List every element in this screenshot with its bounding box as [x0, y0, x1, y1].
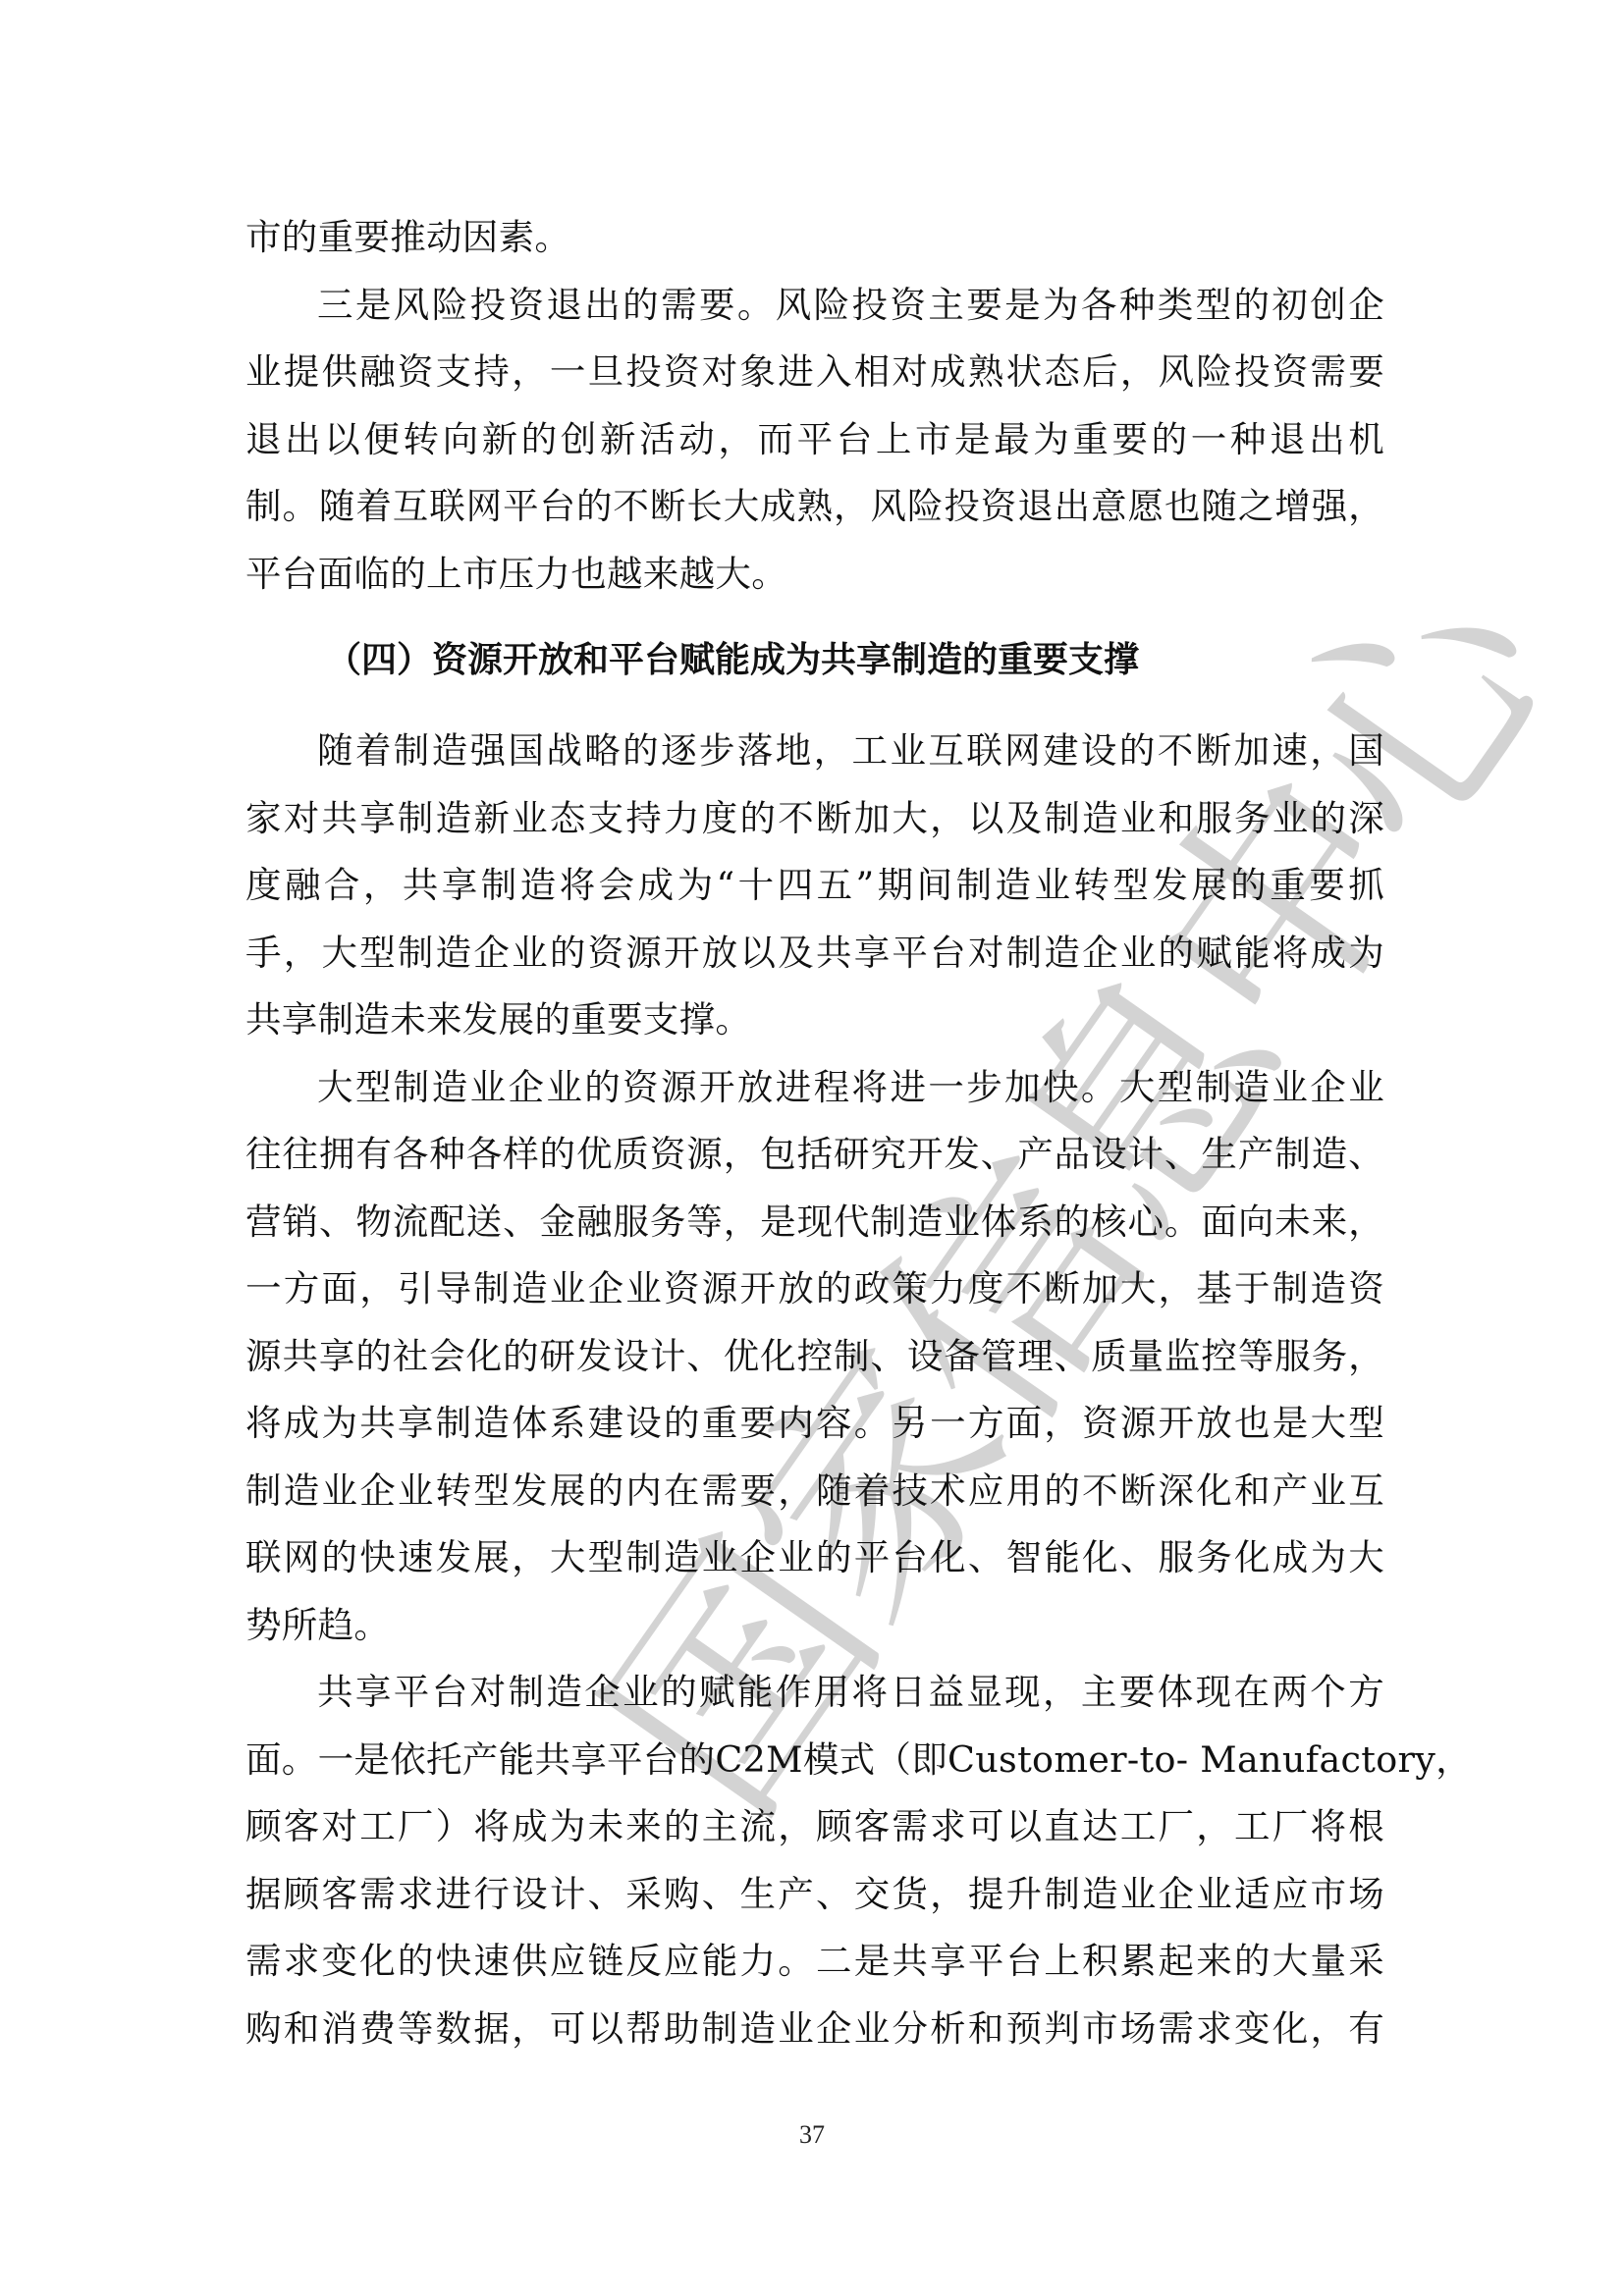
text-line: 顾客对工厂）将成为未来的主流，顾客需求可以直达工厂，工厂将根: [245, 1793, 1384, 1861]
text-line: 共享制造未来发展的重要支撑。: [245, 987, 1384, 1054]
text-line: 三是风险投资退出的需要。风险投资主要是为各种类型的初创企: [245, 272, 1384, 340]
text-line: 市的重要推动因素。: [245, 204, 1384, 272]
paragraph-continuation: 市的重要推动因素。: [245, 204, 1384, 272]
text-line: 源共享的社会化的研发设计、优化控制、设备管理、质量监控等服务，: [245, 1323, 1384, 1391]
text-line: 一方面，引导制造业企业资源开放的政策力度不断加大，基于制造资: [245, 1255, 1384, 1323]
text-line: 往往拥有各种各样的优质资源，包括研究开发、产品设计、生产制造、: [245, 1121, 1384, 1189]
text-line: 共享平台对制造企业的赋能作用将日益显现，主要体现在两个方: [245, 1659, 1384, 1727]
paragraph-platform-empowerment: 共享平台对制造企业的赋能作用将日益显现，主要体现在两个方 面。一是依托产能共享平…: [245, 1659, 1384, 2062]
text-line: 随着制造强国战略的逐步落地，工业互联网建设的不断加速，国: [245, 718, 1384, 785]
text-line: 平台面临的上市压力也越来越大。: [245, 541, 1384, 609]
text-line: 退出以便转向新的创新活动，而平台上市是最为重要的一种退出机: [245, 406, 1384, 474]
paragraph-risk-investment-exit: 三是风险投资退出的需要。风险投资主要是为各种类型的初创企 业提供融资支持，一旦投…: [245, 272, 1384, 609]
text-line: 购和消费等数据，可以帮助制造业企业分析和预判市场需求变化，有: [245, 1996, 1384, 2063]
section-heading: （四）资源开放和平台赋能成为共享制造的重要支撑: [245, 627, 1384, 694]
page-number: 37: [0, 2120, 1624, 2150]
text-line: 需求变化的快速供应链反应能力。二是共享平台上积累起来的大量采: [245, 1928, 1384, 1996]
text-line: 业提供融资支持，一旦投资对象进入相对成熟状态后，风险投资需要: [245, 339, 1384, 406]
text-line: 将成为共享制造体系建设的重要内容。另一方面，资源开放也是大型: [245, 1390, 1384, 1458]
page-content: 市的重要推动因素。 三是风险投资退出的需要。风险投资主要是为各种类型的初创企 业…: [245, 204, 1384, 2062]
text-line: 度融合，共享制造将会成为“十四五”期间制造业转型发展的重要抓: [245, 852, 1384, 920]
text-line: 势所趋。: [245, 1592, 1384, 1660]
paragraph-shared-manufacturing-support: 随着制造强国战略的逐步落地，工业互联网建设的不断加速，国 家对共享制造新业态支持…: [245, 718, 1384, 1054]
text-line: 营销、物流配送、金融服务等，是现代制造业体系的核心。面向未来，: [245, 1189, 1384, 1256]
text-line: 大型制造业企业的资源开放进程将进一步加快。大型制造业企业: [245, 1054, 1384, 1122]
document-page: 国家信息中心 市的重要推动因素。 三是风险投资退出的需要。风险投资主要是为各种类…: [0, 0, 1624, 2296]
text-line: 家对共享制造新业态支持力度的不断加大，以及制造业和服务业的深: [245, 785, 1384, 853]
text-line: 据顾客需求进行设计、采购、生产、交货，提升制造业企业适应市场: [245, 1861, 1384, 1929]
text-line: 面。一是依托产能共享平台的C2M模式（即Customer-to- Manufac…: [245, 1727, 1384, 1794]
text-line: 制造业企业转型发展的内在需要，随着技术应用的不断深化和产业互: [245, 1458, 1384, 1525]
text-line: 手，大型制造企业的资源开放以及共享平台对制造企业的赋能将成为: [245, 920, 1384, 988]
paragraph-resource-opening: 大型制造业企业的资源开放进程将进一步加快。大型制造业企业 往往拥有各种各样的优质…: [245, 1054, 1384, 1660]
text-line: 制。随着互联网平台的不断长大成熟，风险投资退出意愿也随之增强，: [245, 473, 1384, 541]
text-line: 联网的快速发展，大型制造业企业的平台化、智能化、服务化成为大: [245, 1524, 1384, 1592]
